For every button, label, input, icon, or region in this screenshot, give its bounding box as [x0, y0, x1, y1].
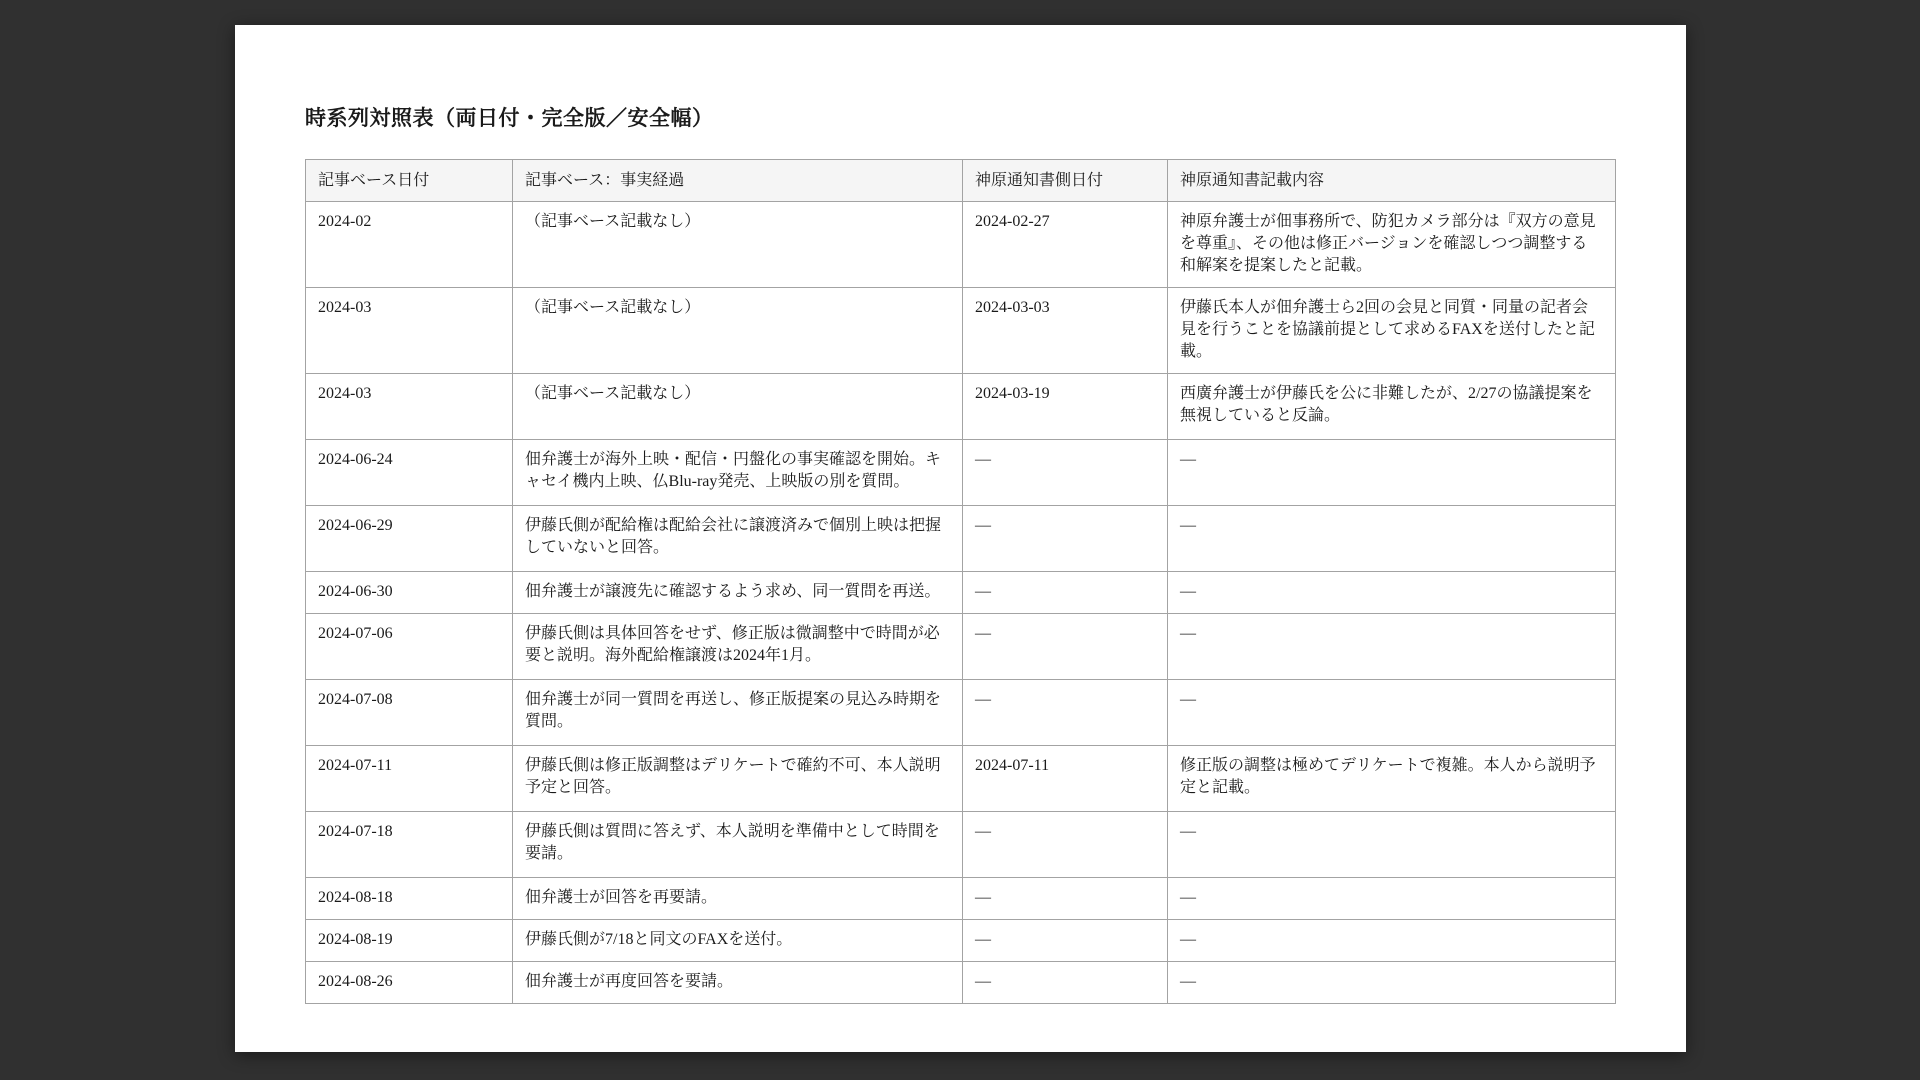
table-header-row: 記事ベース日付 記事ベース：事実経過 神原通知書側日付 神原通知書記載内容	[306, 160, 1616, 202]
table-row: 2024-06-30佃弁護士が譲渡先に確認するよう求め、同一質問を再送。——	[306, 572, 1616, 614]
cell-notice-date: 2024-03-19	[963, 374, 1168, 440]
table-row: 2024-08-26佃弁護士が再度回答を要請。——	[306, 962, 1616, 1004]
cell-article-date: 2024-07-06	[306, 614, 513, 680]
table-row: 2024-07-06伊藤氏側は具体回答をせず、修正版は微調整中で時間が必要と説明…	[306, 614, 1616, 680]
cell-notice-date: —	[963, 572, 1168, 614]
cell-article-fact: 伊藤氏側は質問に答えず、本人説明を準備中として時間を要請。	[513, 812, 963, 878]
table-row: 2024-08-18佃弁護士が回答を再要請。——	[306, 878, 1616, 920]
cell-article-date: 2024-06-24	[306, 440, 513, 506]
column-header-notice-date: 神原通知書側日付	[963, 160, 1168, 202]
table-row: 2024-07-11伊藤氏側は修正版調整はデリケートで確約不可、本人説明予定と回…	[306, 746, 1616, 812]
table-row: 2024-06-29伊藤氏側が配給権は配給会社に譲渡済みで個別上映は把握していな…	[306, 506, 1616, 572]
cell-article-fact: 佃弁護士が再度回答を要請。	[513, 962, 963, 1004]
cell-article-fact: （記事ベース記載なし）	[513, 374, 963, 440]
cell-notice-content: —	[1168, 812, 1616, 878]
cell-notice-date: 2024-03-03	[963, 288, 1168, 374]
cell-article-date: 2024-07-18	[306, 812, 513, 878]
cell-notice-content: —	[1168, 440, 1616, 506]
table-row: 2024-08-19伊藤氏側が7/18と同文のFAXを送付。——	[306, 920, 1616, 962]
table-row: 2024-07-08佃弁護士が同一質問を再送し、修正版提案の見込み時期を質問。—…	[306, 680, 1616, 746]
cell-notice-content: 西廣弁護士が伊藤氏を公に非難したが、2/27の協議提案を無視していると反論。	[1168, 374, 1616, 440]
cell-article-date: 2024-08-18	[306, 878, 513, 920]
cell-notice-content: 修正版の調整は極めてデリケートで複雑。本人から説明予定と記載。	[1168, 746, 1616, 812]
cell-notice-date: —	[963, 962, 1168, 1004]
cell-notice-date: —	[963, 680, 1168, 746]
cell-notice-content: —	[1168, 614, 1616, 680]
table-body: 2024-02（記事ベース記載なし）2024-02-27神原弁護士が佃事務所で、…	[306, 202, 1616, 1004]
cell-article-fact: 佃弁護士が海外上映・配信・円盤化の事実確認を開始。キャセイ機内上映、仏Blu-r…	[513, 440, 963, 506]
cell-notice-date: —	[963, 920, 1168, 962]
cell-article-fact: （記事ベース記載なし）	[513, 288, 963, 374]
cell-article-date: 2024-03	[306, 374, 513, 440]
table-row: 2024-03（記事ベース記載なし）2024-03-19西廣弁護士が伊藤氏を公に…	[306, 374, 1616, 440]
cell-notice-content: —	[1168, 572, 1616, 614]
table-row: 2024-02（記事ベース記載なし）2024-02-27神原弁護士が佃事務所で、…	[306, 202, 1616, 288]
cell-article-date: 2024-02	[306, 202, 513, 288]
cell-article-fact: 伊藤氏側が配給権は配給会社に譲渡済みで個別上映は把握していないと回答。	[513, 506, 963, 572]
cell-article-fact: （記事ベース記載なし）	[513, 202, 963, 288]
column-header-article-fact: 記事ベース：事実経過	[513, 160, 963, 202]
cell-article-fact: 伊藤氏側は修正版調整はデリケートで確約不可、本人説明予定と回答。	[513, 746, 963, 812]
cell-article-date: 2024-07-08	[306, 680, 513, 746]
cell-notice-date: —	[963, 614, 1168, 680]
cell-article-date: 2024-08-26	[306, 962, 513, 1004]
cell-article-date: 2024-08-19	[306, 920, 513, 962]
timeline-table: 記事ベース日付 記事ベース：事実経過 神原通知書側日付 神原通知書記載内容 20…	[305, 159, 1616, 1004]
cell-article-fact: 伊藤氏側が7/18と同文のFAXを送付。	[513, 920, 963, 962]
cell-article-fact: 佃弁護士が回答を再要請。	[513, 878, 963, 920]
document-page: 時系列対照表（両日付・完全版／安全幅） 記事ベース日付 記事ベース：事実経過 神…	[235, 25, 1686, 1052]
cell-notice-date: —	[963, 440, 1168, 506]
page-title: 時系列対照表（両日付・完全版／安全幅）	[305, 25, 1616, 159]
column-header-notice-content: 神原通知書記載内容	[1168, 160, 1616, 202]
cell-notice-content: —	[1168, 680, 1616, 746]
cell-article-fact: 伊藤氏側は具体回答をせず、修正版は微調整中で時間が必要と説明。海外配給権譲渡は2…	[513, 614, 963, 680]
cell-article-date: 2024-07-11	[306, 746, 513, 812]
cell-article-date: 2024-06-29	[306, 506, 513, 572]
cell-article-date: 2024-06-30	[306, 572, 513, 614]
column-header-article-date: 記事ベース日付	[306, 160, 513, 202]
cell-notice-content: —	[1168, 506, 1616, 572]
cell-notice-content: —	[1168, 962, 1616, 1004]
cell-notice-content: 伊藤氏本人が佃弁護士ら2回の会見と同質・同量の記者会見を行うことを協議前提として…	[1168, 288, 1616, 374]
table-row: 2024-03（記事ベース記載なし）2024-03-03伊藤氏本人が佃弁護士ら2…	[306, 288, 1616, 374]
cell-notice-date: 2024-02-27	[963, 202, 1168, 288]
cell-notice-date: —	[963, 506, 1168, 572]
cell-notice-date: 2024-07-11	[963, 746, 1168, 812]
cell-notice-content: —	[1168, 878, 1616, 920]
cell-notice-date: —	[963, 812, 1168, 878]
cell-notice-content: —	[1168, 920, 1616, 962]
cell-article-fact: 佃弁護士が譲渡先に確認するよう求め、同一質問を再送。	[513, 572, 963, 614]
cell-article-fact: 佃弁護士が同一質問を再送し、修正版提案の見込み時期を質問。	[513, 680, 963, 746]
cell-notice-date: —	[963, 878, 1168, 920]
cell-notice-content: 神原弁護士が佃事務所で、防犯カメラ部分は『双方の意見を尊重』、その他は修正バージ…	[1168, 202, 1616, 288]
cell-article-date: 2024-03	[306, 288, 513, 374]
table-row: 2024-07-18伊藤氏側は質問に答えず、本人説明を準備中として時間を要請。—…	[306, 812, 1616, 878]
table-row: 2024-06-24佃弁護士が海外上映・配信・円盤化の事実確認を開始。キャセイ機…	[306, 440, 1616, 506]
